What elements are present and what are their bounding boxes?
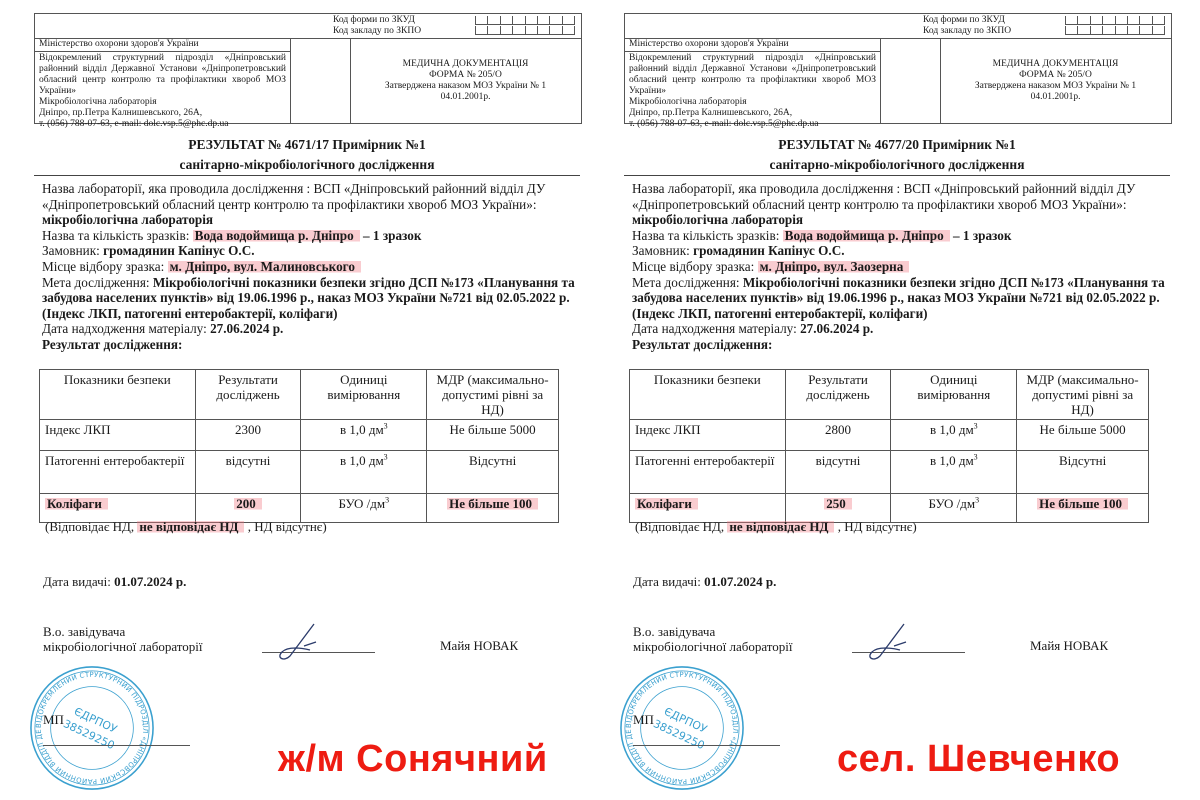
seal-line <box>633 745 780 746</box>
location-caption: сел. Шевченко <box>837 738 1120 781</box>
result-document-left: Код форми по ЗКУД Код закладу по ЗКПО Мі… <box>0 0 585 800</box>
medical-documentation-cell: МЕДИЧНА ДОКУМЕНТАЦІЯ ФОРМА № 205/О Затве… <box>350 38 581 123</box>
results-table: Показники безпеки Результати досліджень … <box>39 369 559 523</box>
purpose-field: Мета дослідження: Мікробіологічні показн… <box>42 275 582 322</box>
received-date-field: Дата надходження матеріалу: 27.06.2024 р… <box>42 321 582 337</box>
sampling-place-field: Місце відбору зразка: м. Дніпро, вул. За… <box>632 259 1172 275</box>
signer-name: Майя НОВАК <box>1030 638 1108 654</box>
institution-cell: Міністерство охорони здоров'я України Ві… <box>35 38 291 123</box>
institution-cell: Міністерство охорони здоров'я України Ві… <box>625 38 881 123</box>
table-header-row: Показники безпеки Результати досліджень … <box>630 370 1149 420</box>
table-row: Індекс ЛКП 2800 в 1,0 дм3 Не більше 5000 <box>630 420 1149 451</box>
sample-field: Назва та кількість зразків: Вода водойми… <box>632 228 1172 244</box>
code-form-label: Код форми по ЗКУД <box>333 15 421 26</box>
organization-info: Відокремлений структурний підрозділ «Дні… <box>625 52 880 131</box>
code-row: Код форми по ЗКУД Код закладу по ЗКПО <box>625 14 1171 39</box>
medical-documentation-cell: МЕДИЧНА ДОКУМЕНТАЦІЯ ФОРМА № 205/О Затве… <box>940 38 1171 123</box>
table-row: Патогенні ентеробактерії відсутні в 1,0 … <box>40 451 559 494</box>
compliance-note: (Відповідає НД, не відповідає НД , НД ві… <box>45 519 327 535</box>
code-boxes <box>1065 16 1165 36</box>
results-table: Показники безпеки Результати досліджень … <box>629 369 1149 523</box>
result-heading: Результат дослідження: <box>42 337 582 353</box>
code-institution-label: Код закладу по ЗКПО <box>923 26 1011 37</box>
official-stamp-icon: ВІДОКРЕМЛЕНИЙ СТРУКТУРНИЙ ПІДРОЗДІЛ «ДНІ… <box>28 664 156 792</box>
sampling-place-field: Місце відбору зразка: м. Дніпро, вул. Ма… <box>42 259 582 275</box>
form-header: Код форми по ЗКУД Код закладу по ЗКПО Мі… <box>34 13 582 124</box>
title-divider <box>624 175 1170 176</box>
issue-date: Дата видачі: 01.07.2024 р. <box>633 574 776 590</box>
signer-role: В.о. завідувача мікробіологічної лаборат… <box>633 624 793 654</box>
ministry-name: Міністерство охорони здоров'я України <box>625 38 880 52</box>
seal-place-label: МП <box>43 712 64 728</box>
table-row: Індекс ЛКП 2300 в 1,0 дм3 Не більше 5000 <box>40 420 559 451</box>
organization-info: Відокремлений структурний підрозділ «Дні… <box>35 52 290 131</box>
signer-name: Майя НОВАК <box>440 638 518 654</box>
signature-icon <box>862 622 922 662</box>
code-institution-label: Код закладу по ЗКПО <box>333 26 421 37</box>
seal-line <box>43 745 190 746</box>
code-boxes <box>475 16 575 36</box>
customer-field: Замовник: громадянин Капінус О.С. <box>632 243 1172 259</box>
document-body: Назва лабораторії, яка проводила дослідж… <box>42 181 582 353</box>
document-title: РЕЗУЛЬТАТ № 4677/20 Примірник №1 санітар… <box>624 135 1170 175</box>
result-document-right: Код форми по ЗКУД Код закладу по ЗКПО Мі… <box>590 0 1175 800</box>
location-caption: ж/м Сонячний <box>278 738 548 781</box>
table-row: Патогенні ентеробактерії відсутні в 1,0 … <box>630 451 1149 494</box>
seal-place-label: МП <box>633 712 654 728</box>
compliance-note: (Відповідає НД, не відповідає НД , НД ві… <box>635 519 917 535</box>
official-stamp-icon: ВІДОКРЕМЛЕНИЙ СТРУКТУРНИЙ ПІДРОЗДІЛ «ДНІ… <box>618 664 746 792</box>
document-body: Назва лабораторії, яка проводила дослідж… <box>632 181 1172 353</box>
table-header-row: Показники безпеки Результати досліджень … <box>40 370 559 420</box>
code-form-label: Код форми по ЗКУД <box>923 15 1011 26</box>
result-heading: Результат дослідження: <box>632 337 1172 353</box>
lab-field: Назва лабораторії, яка проводила дослідж… <box>632 181 1172 228</box>
sample-field: Назва та кількість зразків: Вода водойми… <box>42 228 582 244</box>
purpose-field: Мета дослідження: Мікробіологічні показн… <box>632 275 1172 322</box>
code-row: Код форми по ЗКУД Код закладу по ЗКПО <box>35 14 581 39</box>
issue-date: Дата видачі: 01.07.2024 р. <box>43 574 186 590</box>
title-divider <box>34 175 580 176</box>
customer-field: Замовник: громадянин Капінус О.С. <box>42 243 582 259</box>
lab-field: Назва лабораторії, яка проводила дослідж… <box>42 181 582 228</box>
signature-icon <box>272 622 332 662</box>
signer-role: В.о. завідувача мікробіологічної лаборат… <box>43 624 203 654</box>
received-date-field: Дата надходження матеріалу: 27.06.2024 р… <box>632 321 1172 337</box>
ministry-name: Міністерство охорони здоров'я України <box>35 38 290 52</box>
document-title: РЕЗУЛЬТАТ № 4671/17 Примірник №1 санітар… <box>34 135 580 175</box>
form-header: Код форми по ЗКУД Код закладу по ЗКПО Мі… <box>624 13 1172 124</box>
